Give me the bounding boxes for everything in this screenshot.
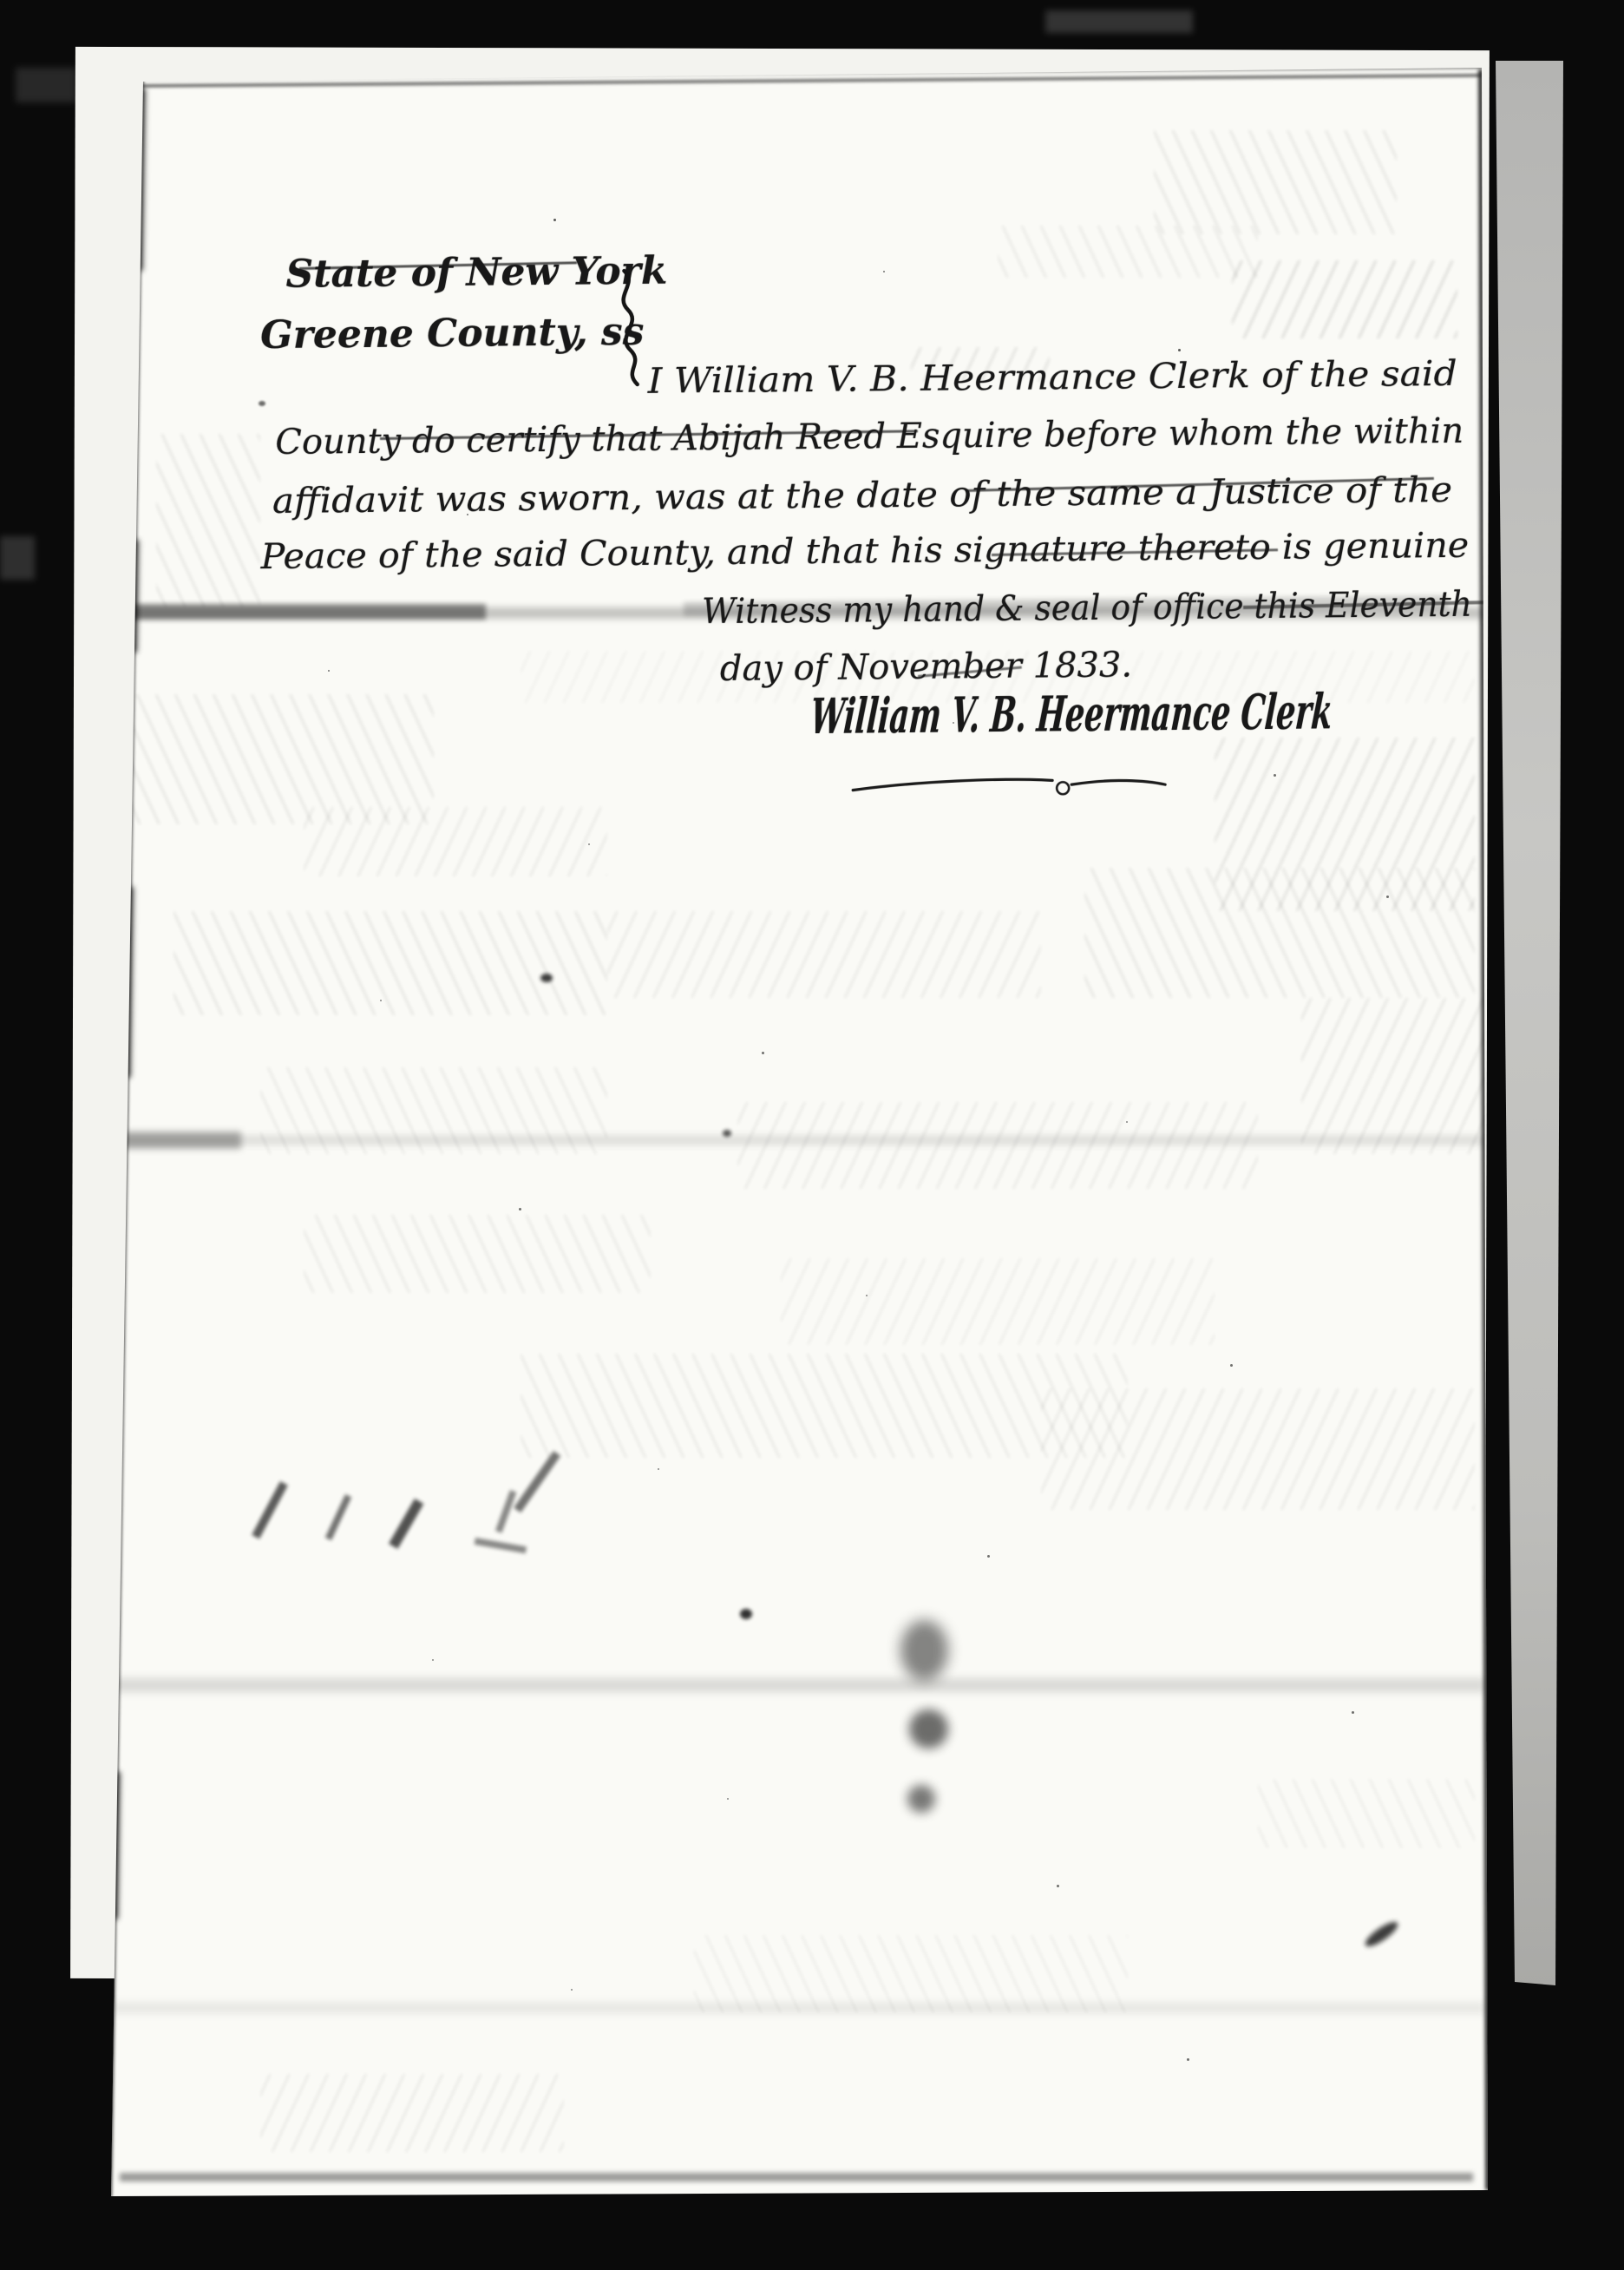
document-page: State of New York Greene County, ss I Wi… [102,62,1490,2199]
body-line-4: Peace of the said County, and that his s… [260,526,1469,577]
scanner-background: State of New York Greene County, ss I Wi… [0,0,1624,2270]
brace-squiggle [598,266,651,393]
margin-smudge [1045,10,1193,33]
body-line-2: County do certify that Abijah Reed Esqui… [275,411,1464,463]
attestation-line-2: day of November 1833. [720,646,1133,690]
body-line-1: I William V. B. Heermance Clerk of the s… [647,354,1457,402]
right-page-edge [1496,61,1563,1987]
signature-flourish-underline [844,766,1174,804]
heading-county: Greene County, ss [260,310,645,358]
body-line-3: affidavit was sworn, was at the date of … [272,470,1453,522]
margin-smudge [0,536,35,580]
attestation-line-1: Witness my hand & seal of office this El… [702,585,1472,633]
handwritten-content: State of New York Greene County, ss I Wi… [100,52,1509,2201]
margin-smudge [16,68,76,102]
clerk-signature: William V. B. Heermance Clerk [809,683,1334,745]
